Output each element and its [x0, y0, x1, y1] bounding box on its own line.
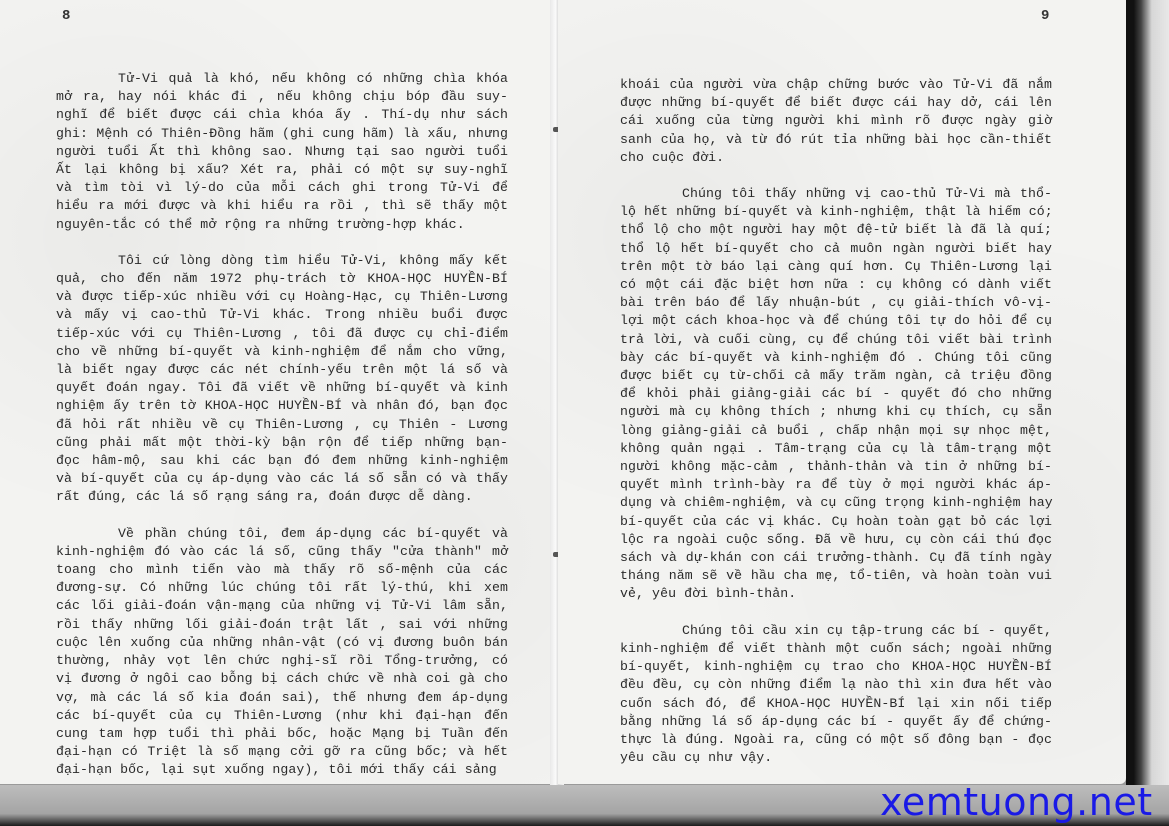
text-line: thực là đúng. Ngoài ra, cũng có một số đ… [620, 731, 1052, 749]
text-line: cho về những bí-quyết và kinh-nghiệm để … [56, 343, 508, 361]
paragraph: khoái của người vừa chập chững bước vào … [620, 76, 1052, 167]
text-line: sanh của họ, và từ đó rút tỉa những bài … [620, 131, 1052, 149]
text-line: Ất lại không bị xấu? Xét ra, phải có một… [56, 161, 508, 179]
text-line: lộ hết những bí-quyết và kinh-nghiệm, th… [620, 203, 1052, 221]
text-line: tháng năm sẽ về hầu cha mẹ, tổ-tiên, và … [620, 567, 1052, 585]
text-line: quyết đoán ngay. Tôi đã viết về những bí… [56, 379, 508, 397]
text-line: yêu cầu cụ như vậy. [620, 749, 1052, 767]
paragraph: Về phần chúng tôi, đem áp-dụng các bí-qu… [56, 525, 508, 780]
scan-edge-shadow [1126, 0, 1169, 790]
text-line: Chúng tôi cầu xin cụ tập-trung các bí - … [620, 622, 1052, 640]
text-line: mở ra, hay nói khác đi , nếu không chịu … [56, 88, 508, 106]
text-line: bí-quyết, kinh-nghiệm cụ trao cho KHOA-H… [620, 658, 1052, 676]
text-line: toang cho mình tiến vào mà thấy rõ số-mệ… [56, 561, 508, 579]
text-line: đã hỏi rất nhiều về cụ Thiên-Lương , cụ … [56, 416, 508, 434]
text-line: không quản ngại . Tâm-trạng của cụ là tâ… [620, 440, 1052, 458]
text-line: đương-sự. Có những lúc chúng tôi rất lý-… [56, 579, 508, 597]
text-line: bày các bí-quyết và kinh-nghiệm đó . Chú… [620, 349, 1052, 367]
right-page: 9 khoái của người vừa chập chững bước và… [558, 0, 1126, 784]
paragraph: Chúng tôi thấy những vị cao-thủ Tử-Vi mà… [620, 185, 1052, 604]
paragraph-gap [620, 604, 1052, 622]
page-number: 9 [1041, 8, 1049, 24]
text-line: là biết ngay được các nét chính-yếu trên… [56, 361, 508, 379]
text-line: thổ lộ hết bí-quyết cho cả muôn ngàn ngư… [620, 240, 1052, 258]
text-line: sách và dự-khán con cái trưởng-thành. Cụ… [620, 549, 1052, 567]
text-line: quả, cho đến năm 1972 phụ-trách tờ KHOA-… [56, 270, 508, 288]
text-line: đều đều, cụ còn những điểm lạ nào thì xi… [620, 676, 1052, 694]
text-line: và mấy vị cao-thủ Tử-Vi khác. Trong nhiề… [56, 306, 508, 324]
text-line: cuộc lên xuống của những nhân-vật (có vị… [56, 634, 508, 652]
text-line: hiểu ra mới được và khi hiểu ra rồi , th… [56, 197, 508, 215]
text-line: ghi: Mệnh có Thiên-Đồng hãm (ghi cung hã… [56, 125, 508, 143]
text-line: lộc ra ngoài cuộc sống. Đã về hưu, cụ cò… [620, 531, 1052, 549]
text-line: thổ lộ cho một người hay một đệ-tử biết … [620, 221, 1052, 239]
page-number: 8 [62, 8, 70, 24]
text-line: rồi thấy những lối giải-đoán trật lất , … [56, 616, 508, 634]
text-line: các bí-quyết của cụ Thiên-Lương (như khi… [56, 707, 508, 725]
text-line: quyết mình trình-bày ra để tùy ở mọi ngư… [620, 476, 1052, 494]
text-line: bài trên báo để lấy nhuận-bút , cụ giải-… [620, 294, 1052, 312]
paragraph-gap [56, 234, 508, 252]
text-line: trả lời, và cuối cùng, cụ để chúng tôi v… [620, 331, 1052, 349]
text-line: kinh-nghiệm đó vào các lá số, cũng thấy … [56, 543, 508, 561]
watermark: xemtuong.net [880, 778, 1153, 826]
text-line: dụng và chiêm-nghiệm, và cụ cũng trọng k… [620, 494, 1052, 512]
page-body: Tử-Vi quả là khó, nếu không có những chì… [56, 70, 508, 780]
text-line: Chúng tôi thấy những vị cao-thủ Tử-Vi mà… [620, 185, 1052, 203]
text-line: các lối giải-đoán vận-mạng của những vị … [56, 597, 508, 615]
text-line: tiếp-xúc với cụ Thiên-Lương , tôi đã đượ… [56, 325, 508, 343]
text-line: cũng phải mất một thời-kỳ bận rộn để tiế… [56, 434, 508, 452]
paragraph: Tử-Vi quả là khó, nếu không có những chì… [56, 70, 508, 234]
text-line: được biết cụ từ-chối cả mấy trăm ngàn, c… [620, 367, 1052, 385]
text-line: vợ, mà các lá số kia đoán sai), thế nhưn… [56, 689, 508, 707]
text-line: vẻ, yêu đời bình-thản. [620, 585, 1052, 603]
text-line: cho cuộc đời. [620, 149, 1052, 167]
text-line: đại-hạn bốc, lại sụt xuống ngay), tôi mớ… [56, 761, 508, 779]
text-line: vị đương ở ngôi cao bỗng bị cách chức về… [56, 670, 508, 688]
text-line: Tử-Vi quả là khó, nếu không có những chì… [56, 70, 508, 88]
text-line: và tìm tòi vì lý-do của mỗi cách ghi tro… [56, 179, 508, 197]
paragraph: Chúng tôi cầu xin cụ tập-trung các bí - … [620, 622, 1052, 768]
text-line: người tuổi Ất thì không sao. Nhưng tại s… [56, 143, 508, 161]
text-line: để khỏi phải giảng-giải các bí - quyết đ… [620, 385, 1052, 403]
text-line: được những bí-quyết để biết được cái hay… [620, 94, 1052, 112]
left-page: 8 Tử-Vi quả là khó, nếu không có những c… [0, 0, 557, 784]
text-line: lòng giảng-giải cả buổi , chấp nhận mọi … [620, 422, 1052, 440]
paragraph-gap [56, 507, 508, 525]
text-line: rất đúng, các lá số rạng sáng ra, đoán đ… [56, 488, 508, 506]
text-line: nghĩ để biết được cái chìa khóa ấy . Thí… [56, 106, 508, 124]
text-line: người không mặc-cảm , thảnh-thản và tin … [620, 458, 1052, 476]
text-line: Về phần chúng tôi, đem áp-dụng các bí-qu… [56, 525, 508, 543]
text-line: nguyên-tắc có thể mở rộng ra những trườn… [56, 216, 508, 234]
text-line: trên một tờ báo lại càng quí hơn. Cụ Thi… [620, 258, 1052, 276]
text-line: người mà cụ không thích ; nhưng khi cụ t… [620, 403, 1052, 421]
paragraph: Tôi cứ lòng dòng tìm hiểu Tử-Vi, không m… [56, 252, 508, 507]
text-line: đại-hạn có Triệt là số mạng cởi gỡ ra cũ… [56, 743, 508, 761]
text-line: cuốn sách đó, để KHOA-HỌC HUYỀN-BÍ lại x… [620, 695, 1052, 713]
text-line: nghiệm ấy trên tờ KHOA-HỌC HUYỀN-BÍ và n… [56, 397, 508, 415]
text-line: và được tiếp-xúc nhiều với cụ Hoàng-Hạc,… [56, 288, 508, 306]
text-line: lợi một cách khoa-học và để chúng tôi tự… [620, 312, 1052, 330]
book-spread: 8 Tử-Vi quả là khó, nếu không có những c… [0, 0, 1169, 826]
text-line: cái xuống của từng người khi mình rõ đượ… [620, 112, 1052, 130]
text-line: kinh-nghiệm để viết thành một cuốn sách;… [620, 640, 1052, 658]
text-line: đọc hâm-mộ, sau khi các bạn đó đem những… [56, 452, 508, 470]
text-line: bí-quyết của các vị khác. Cụ hoàn toàn g… [620, 513, 1052, 531]
text-line: thường, nhảy vọt lên chức nghị-sĩ rồi Tổ… [56, 652, 508, 670]
page-body: khoái của người vừa chập chững bước vào … [620, 76, 1052, 767]
paragraph-gap [620, 167, 1052, 185]
text-line: Tôi cứ lòng dòng tìm hiểu Tử-Vi, không m… [56, 252, 508, 270]
text-line: cung tam hợp tuổi thì phải bốc, hoặc Mạn… [56, 725, 508, 743]
text-line: và bí-quyết của cụ áp-dụng vào các lá số… [56, 470, 508, 488]
text-line: khoái của người vừa chập chững bước vào … [620, 76, 1052, 94]
text-line: bằng những lá số áp-dụng các bí - quyết … [620, 713, 1052, 731]
text-line: có một cái đặc biệt hơn nữa : cụ không c… [620, 276, 1052, 294]
